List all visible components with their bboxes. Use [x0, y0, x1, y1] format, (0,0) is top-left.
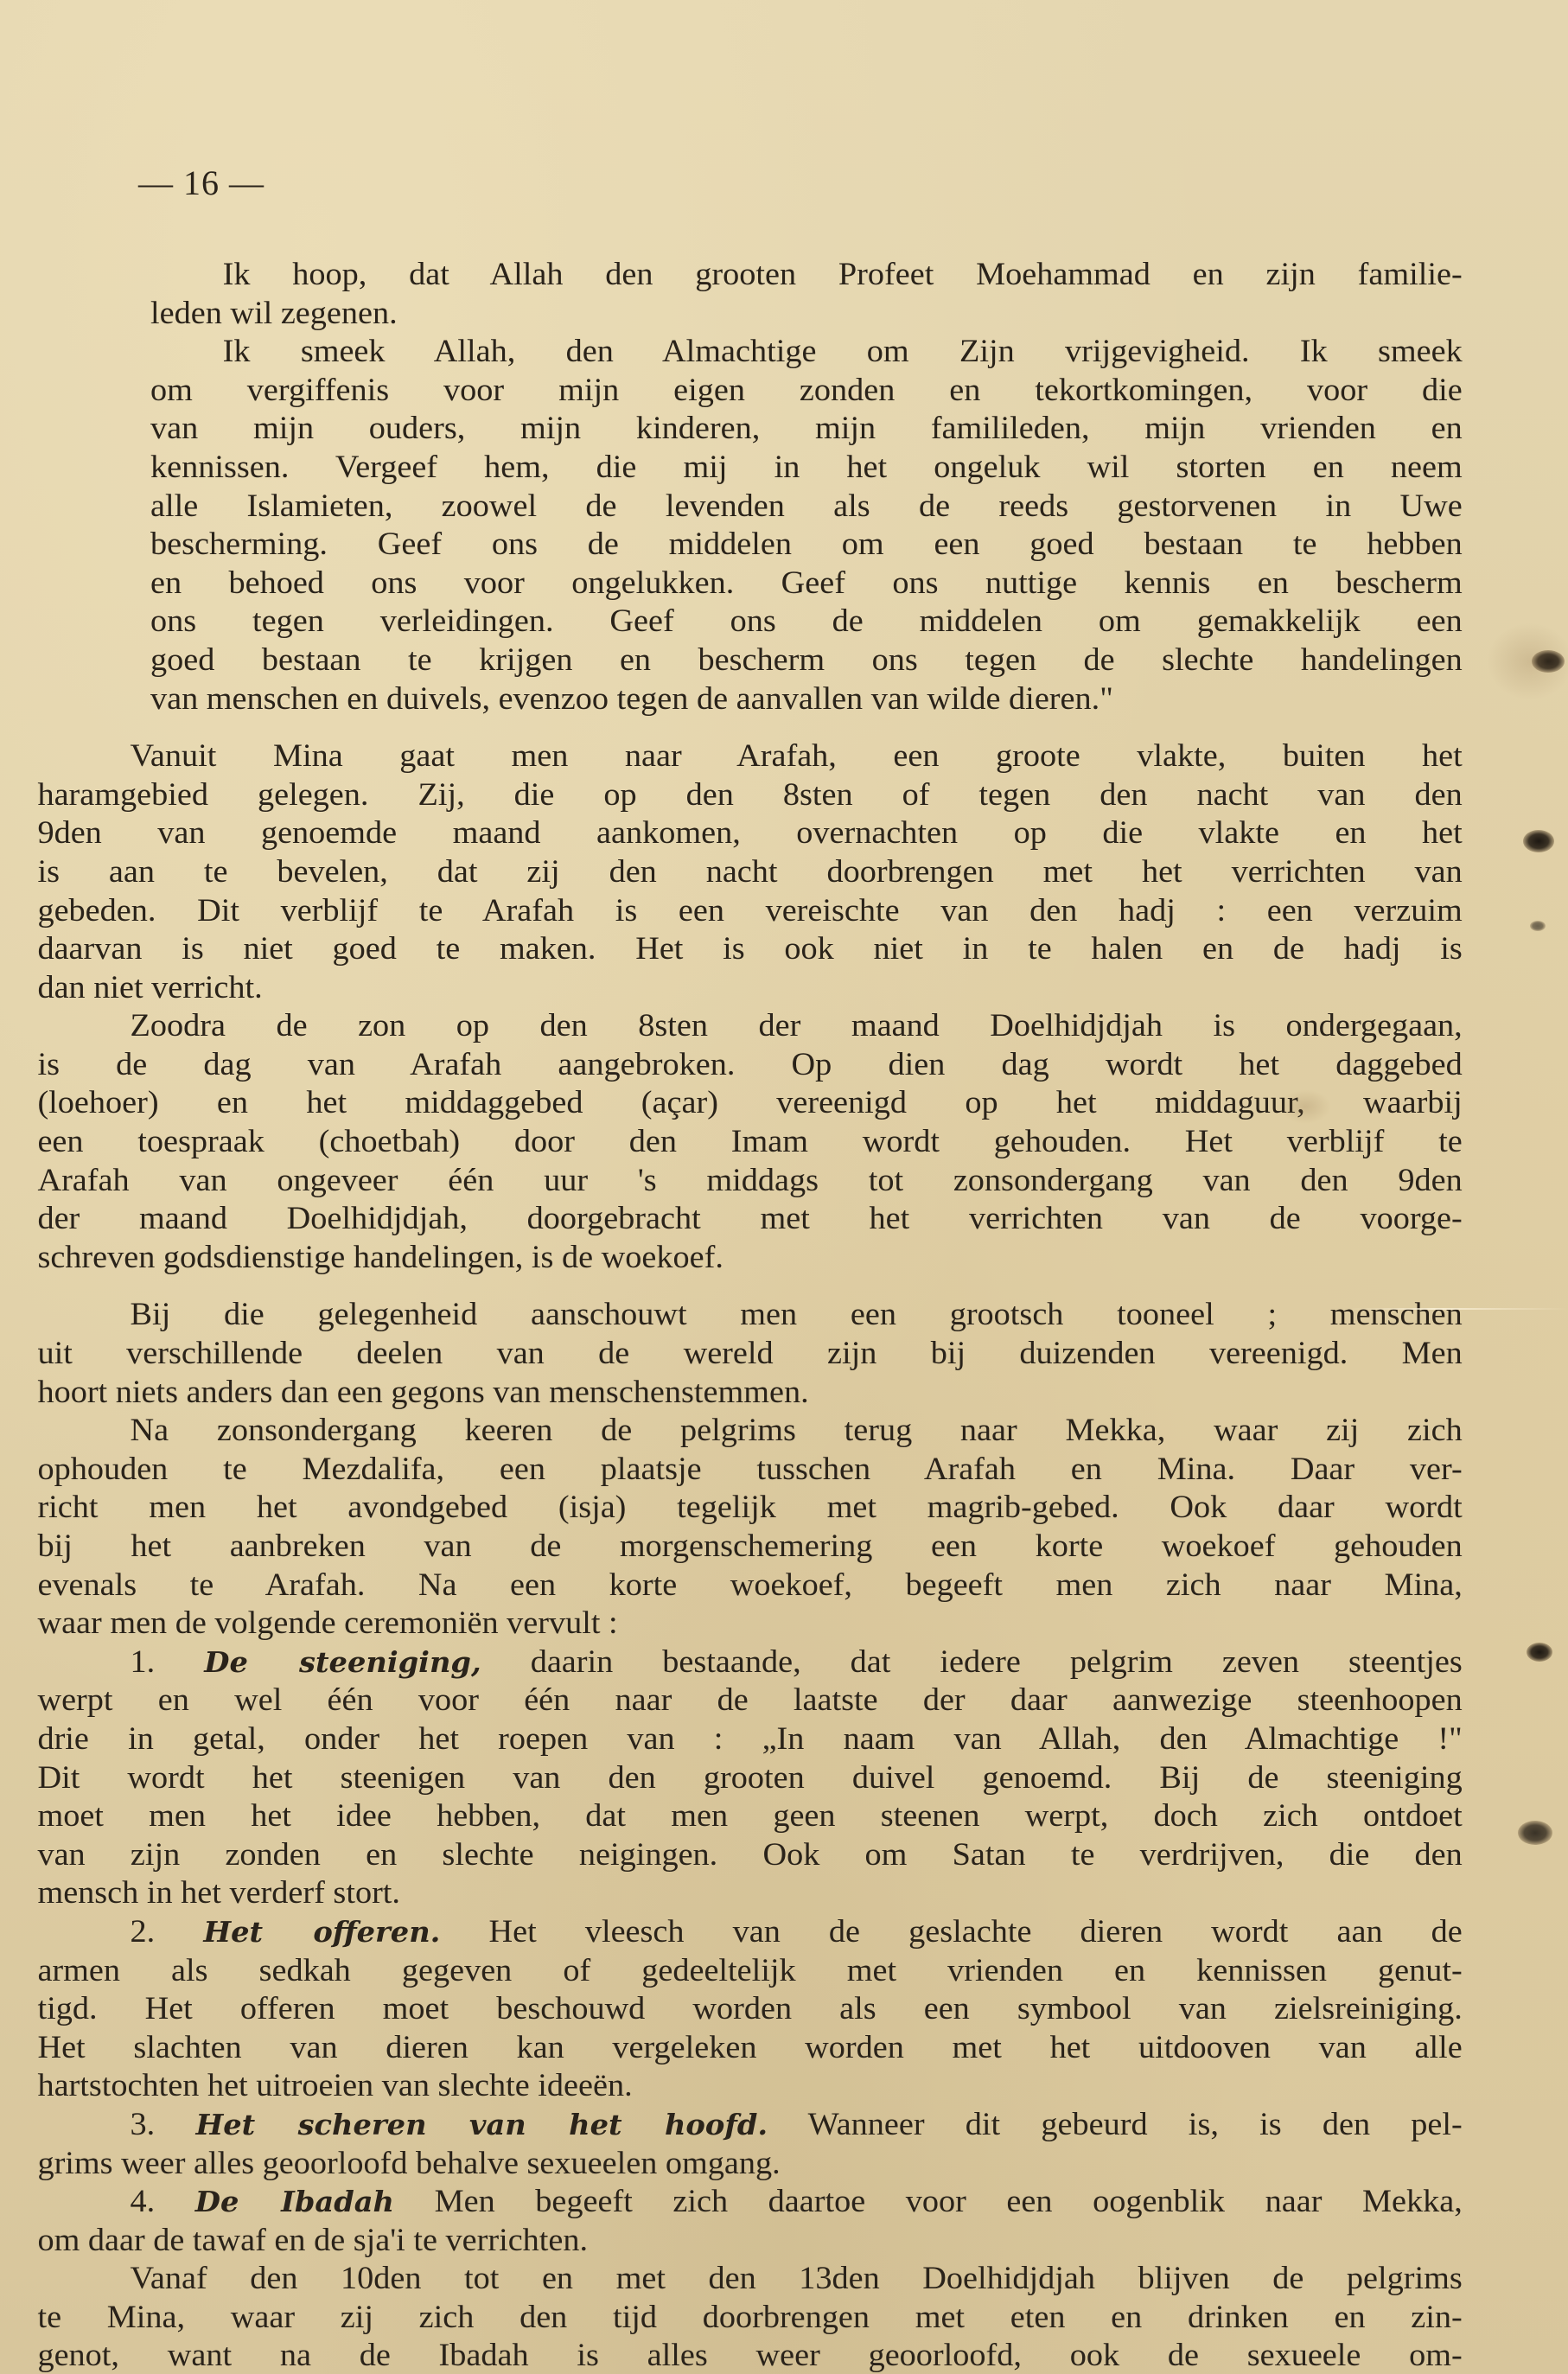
ceremony-text: daarin bestaande, dat iedere pelgrim zev…	[531, 1644, 1463, 1680]
text-line: 1. De steeniging, daarin bestaande, dat …	[37, 1643, 1462, 1682]
paper-stain	[1487, 622, 1568, 700]
text-line: 2. Het offeren. Het vleesch van de gesla…	[37, 1913, 1462, 1952]
text-line: werpt en wel één voor één naar de laatst…	[37, 1682, 1462, 1720]
text-line: van zijn zonden en slechte neigingen. Oo…	[37, 1836, 1462, 1875]
gelegenheid-paragraph: Bij die gelegenheid aanschouwt men een g…	[37, 1296, 1462, 1412]
ceremony-title: De Ibadah	[195, 2185, 394, 2218]
zoodra-paragraph: Zoodra de zon op den 8sten der maand Doe…	[37, 1007, 1462, 1277]
text-line: richt men het avondgebed (isja) tegelijk…	[37, 1489, 1462, 1528]
text-line: schreven godsdienstige handelingen, is d…	[37, 1239, 1462, 1278]
paper-stain	[1279, 1089, 1331, 1124]
ceremony-2: 2. Het offeren. Het vleesch van de gesla…	[37, 1913, 1462, 2106]
text-line: van mijn ouders, mijn kinderen, mijn fam…	[150, 410, 1463, 449]
text-line: een toespraak (choetbah) door den Imam w…	[37, 1123, 1462, 1162]
text-line: Het slachten van dieren kan vergeleken w…	[37, 2029, 1462, 2068]
text-line: is aan te bevelen, dat zij den nacht doo…	[37, 853, 1462, 892]
text-line: Ik smeek Allah, den Almachtige om Zijn v…	[150, 333, 1463, 372]
text-line: te Mina, waar zij zich den tijd doorbren…	[37, 2299, 1462, 2338]
text-line: drie in getal, onder het roepen van : „I…	[37, 1720, 1462, 1759]
text-line: bij het aanbreken van de morgenschemerin…	[37, 1528, 1462, 1567]
binding-hole-icon	[1523, 830, 1554, 852]
text-line: Vanaf den 10den tot en met den 13den Doe…	[37, 2260, 1462, 2299]
text-line: hoort niets anders dan een gegons van me…	[37, 1374, 1462, 1413]
ceremony-title: De steeniging,	[204, 1645, 481, 1679]
text-line: van menschen en duivels, evenzoo tegen d…	[150, 680, 1463, 719]
text-line: en behoed ons voor ongelukken. Geef ons …	[150, 565, 1463, 603]
text-line: grims weer alles geoorloofd behalve sexu…	[37, 2145, 1462, 2184]
text-line: Dit wordt het steenigen van den grooten …	[37, 1759, 1462, 1798]
text-line: leden wil zegenen.	[150, 295, 1463, 334]
binding-hole-icon	[1530, 921, 1546, 931]
text-line: om vergiffenis voor mijn eigen zonden en…	[150, 372, 1463, 411]
text-line: ons tegen verleidingen. Geef ons de midd…	[150, 603, 1463, 641]
text-line: gebeden. Dit verblijf te Arafah is een v…	[37, 892, 1462, 931]
vanaf-paragraph: Vanaf den 10den tot en met den 13den Doe…	[37, 2260, 1462, 2374]
text-line: waar men de volgende ceremoniën vervult …	[37, 1605, 1462, 1643]
prayer-paragraph-1: Ik hoop, dat Allah den grooten Profeet M…	[150, 256, 1463, 333]
text-line: (loehoer) en het middaggebed (açar) vere…	[37, 1084, 1462, 1123]
paper-crease	[1348, 1308, 1568, 1310]
text-line: alle Islamieten, zoowel de levenden als …	[150, 488, 1463, 526]
body-text: Ik hoop, dat Allah den grooten Profeet M…	[150, 256, 1463, 2374]
text-line: is de dag van Arafah aangebroken. Op die…	[37, 1046, 1462, 1085]
ceremony-text: Het vleesch van de geslachte dieren word…	[489, 1914, 1463, 1950]
ceremony-text: Wanneer dit gebeurd is, is den pel-	[808, 2107, 1463, 2142]
text-line: evenals te Arafah. Na een korte woekoef,…	[37, 1567, 1462, 1605]
text-line: Vanuit Mina gaat men naar Arafah, een gr…	[37, 737, 1462, 776]
ceremony-number: 2.	[131, 1914, 156, 1950]
text-line: daarvan is niet goed te maken. Het is oo…	[37, 930, 1462, 969]
text-line: 3. Het scheren van het hoofd. Wanneer di…	[37, 2106, 1462, 2145]
ceremony-title: Het scheren van het hoofd.	[195, 2108, 768, 2141]
ceremony-1: 1. De steeniging, daarin bestaande, dat …	[37, 1643, 1462, 1913]
ceremony-number: 4.	[131, 2184, 156, 2219]
text-line: 9den van genoemde maand aankomen, overna…	[37, 814, 1462, 853]
ceremony-3: 3. Het scheren van het hoofd. Wanneer di…	[37, 2106, 1462, 2183]
text-line: ophouden te Mezdalifa, een plaatsje tuss…	[37, 1451, 1462, 1490]
binding-hole-icon	[1518, 1821, 1552, 1845]
text-line: bescherming. Geef ons de middelen om een…	[150, 526, 1463, 565]
text-line: moet men het idee hebben, dat men geen s…	[37, 1797, 1462, 1836]
text-line: genot, want na de Ibadah is alles weer g…	[37, 2337, 1462, 2374]
text-line: dan niet verricht.	[37, 969, 1462, 1008]
text-line: Arafah van ongeveer één uur 's middags t…	[37, 1162, 1462, 1201]
text-line: hartstochten het uitroeien van slechte i…	[37, 2067, 1462, 2106]
text-line: Ik hoop, dat Allah den grooten Profeet M…	[150, 256, 1463, 295]
text-line: uit verschillende deelen van de wereld z…	[37, 1335, 1462, 1374]
text-line: Zoodra de zon op den 8sten der maand Doe…	[37, 1007, 1462, 1046]
text-line: 4. De Ibadah Men begeeft zich daartoe vo…	[37, 2183, 1462, 2222]
text-line: goed bestaan te krijgen en bescherm ons …	[150, 641, 1463, 680]
text-line: Bij die gelegenheid aanschouwt men een g…	[37, 1296, 1462, 1335]
text-line: om daar de tawaf en de sja'i te verricht…	[37, 2222, 1462, 2261]
prayer-paragraph-2: Ik smeek Allah, den Almachtige om Zijn v…	[150, 333, 1463, 718]
binding-hole-icon	[1527, 1643, 1552, 1662]
text-line: der maand Doelhidjdjah, doorgebracht met…	[37, 1200, 1462, 1239]
text-line: tigd. Het offeren moet beschouwd worden …	[37, 1990, 1462, 2029]
ceremony-title: Het offeren.	[203, 1915, 440, 1949]
ceremony-text: Men begeeft zich daartoe voor een oogenb…	[435, 2184, 1463, 2219]
arafah-paragraph: Vanuit Mina gaat men naar Arafah, een gr…	[37, 737, 1462, 1007]
ceremony-number: 3.	[131, 2107, 156, 2142]
ceremony-4: 4. De Ibadah Men begeeft zich daartoe vo…	[37, 2183, 1462, 2260]
page-number: — 16 —	[138, 163, 265, 203]
text-line: kennissen. Vergeef hem, die mij in het o…	[150, 449, 1463, 488]
zonsondergang-paragraph: Na zonsondergang keeren de pelgrims teru…	[37, 1412, 1462, 1643]
text-line: haramgebied gelegen. Zij, die op den 8st…	[37, 776, 1462, 815]
text-line: armen als sedkah gegeven of gedeeltelijk…	[37, 1952, 1462, 1991]
text-line: mensch in het verderf stort.	[37, 1874, 1462, 1913]
text-line: Na zonsondergang keeren de pelgrims teru…	[37, 1412, 1462, 1451]
ceremony-number: 1.	[131, 1644, 156, 1680]
